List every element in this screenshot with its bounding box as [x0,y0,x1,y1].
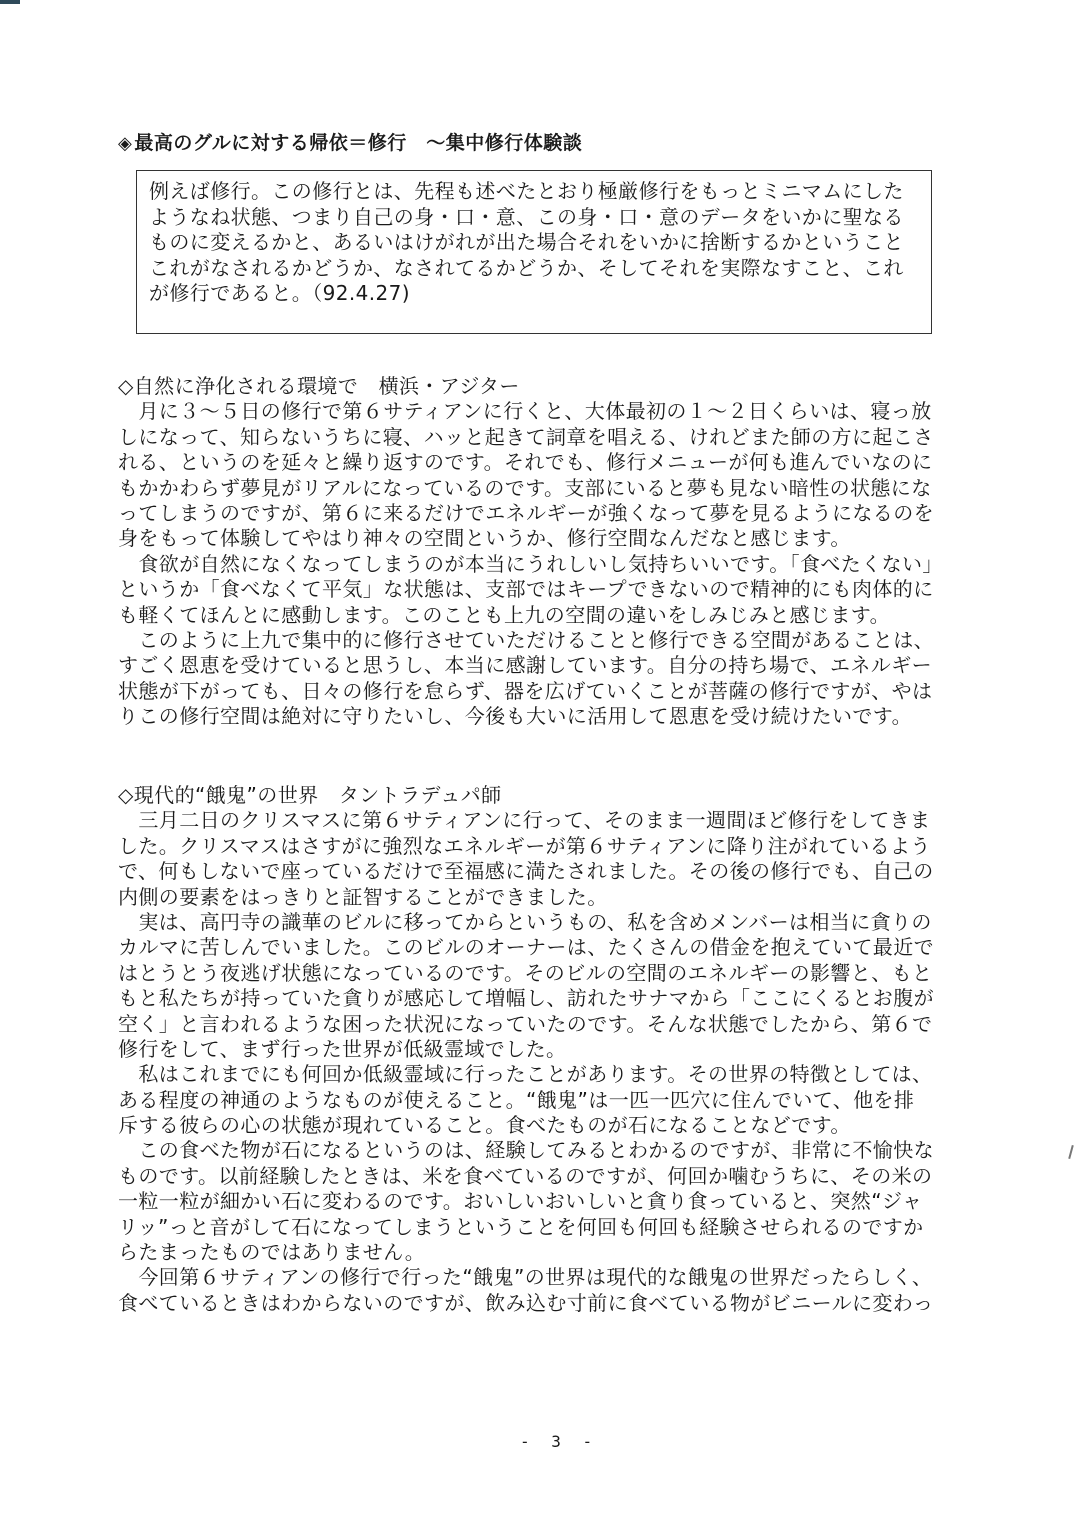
text-line: ってしまうのですが、第６に来るだけでエネルギーが強くなって夢を見るようになるのを [118,501,943,526]
text-line: 私はこれまでにも何回か低級霊域に行ったことがあります。その世界の特徴としては、 [118,1062,934,1087]
quote-line: 例えば修行。この修行とは、先程も述べたとおり極厳修行をもっとミニマムにした [149,179,921,205]
text-line: れる、というのを延々と繰り返すのです。それでも、修行メニューが何も進んでいなのに [118,450,943,475]
quote-line: ものに変えるかと、あるいはけがれが出た場合それをいかに捨断するかということ [149,230,921,256]
text-line: した。クリスマスはさすがに強烈なエネルギーが第６サティアンに降り注がれているよう [118,834,934,859]
text-line: もと私たちが持っていた貪りが感応して増幅し、訪れたサナマから「ここにくるとお腹が [118,986,934,1011]
text-line: ある程度の神通のようなものが使えること。“餓鬼”は一匹一匹穴に住んでいて、他を排 [118,1088,934,1113]
section-yokohama: ◇自然に浄化される環境で 横浜・アジター 月に３～５日の修行で第６サティアンに行… [118,374,943,729]
text-line: 月に３～５日の修行で第６サティアンに行くと、大体最初の１～２日くらいは、寝っ放 [118,399,943,424]
text-line: しになって、知らないうちに寝、ハッと起きて詞章を唱える、けれどまた師の方に起こさ [118,425,943,450]
page-number: - 3 - [520,1432,598,1451]
text-line: 今回第６サティアンの修行で行った“餓鬼”の世界は現代的な餓鬼の世界だったらしく、 [118,1265,934,1290]
text-line: ものです。以前経験したときは、米を食べているのですが、何回か噛むうちに、その米の [118,1164,934,1189]
scan-mark [1068,1145,1074,1159]
text-line: 修行をして、まず行った世界が低級霊域でした。 [118,1037,934,1062]
quote-line: ようなね状態、つまり自己の身・口・意、この身・口・意のデータをいかに聖なる [149,205,921,231]
text-line: りこの修行空間は絶対に守りたいし、今後も大いに活用して恩恵を受け続けたいです。 [118,704,943,729]
text-line: はとうとう夜逃げ状態になっているのです。そのビルの空間のエネルギーの影響と、もと [118,961,934,986]
text-line: 三月二日のクリスマスに第６サティアンに行って、そのまま一週間ほど修行をしてきま [118,808,934,833]
text-line: リッ”っと音がして石になってしまうということを何回も何回も経験させられるのですか [118,1215,934,1240]
text-line: 空く」と言われるような困った状況になっていたのです。そんな状態でしたから、第６で [118,1012,934,1037]
text-line: カルマに苦しんでいました。このビルのオーナーは、たくさんの借金を抱えていて最近で [118,935,934,960]
scan-corner-mark [0,0,20,4]
text-line: 食べているときはわからないのですが、飲み込む寸前に食べている物がビニールに変わっ [118,1291,934,1316]
text-line: 実は、高円寺の識華のビルに移ってからというもの、私を含めメンバーは相当に貪りの [118,910,934,935]
text-line: で、何もしないで座っているだけで至福感に満たされました。その後の修行でも、自己の [118,859,934,884]
section-heading: ◇自然に浄化される環境で 横浜・アジター [118,374,943,399]
page-title: ◈最高のグルに対する帰依＝修行 ～集中修行体験談 [118,128,582,155]
text-line: 斥する彼らの心の状態が現れていること。食べたものが石になることなどです。 [118,1113,934,1138]
diamond-ornament-icon: ◈ [118,133,132,154]
quote-box: 例えば修行。この修行とは、先程も述べたとおり極厳修行をもっとミニマムにした よう… [136,170,932,334]
text-line: 一粒一粒が細かい石に変わるのです。おいしいおいしいと貪り食っていると、突然“ジャ [118,1189,934,1214]
text-line: というか「食べなくて平気」な状態は、支部ではキープできないので精神的にも肉体的に [118,577,943,602]
section-gaki: ◇現代的“餓鬼”の世界 タントラデュパ師 三月二日のクリスマスに第６サティアンに… [118,783,934,1316]
section-heading: ◇現代的“餓鬼”の世界 タントラデュパ師 [118,783,934,808]
text-line: 食欲が自然になくなってしまうのが本当にうれしいし気持ちいいです。「食べたくない」 [118,552,943,577]
quote-line: これがなされるかどうか、なされてるかどうか、そしてそれを実際なすこと、これ [149,256,921,282]
text-line: 内側の要素をはっきりと証智することができました。 [118,885,934,910]
text-line: もかかわらず夢見がリアルになっているのです。支部にいると夢も見ない暗性の状態にな [118,476,943,501]
quote-line: が修行であると。（92.4.27) [149,281,921,307]
text-line: すごく恩恵を受けていると思うし、本当に感謝しています。自分の持ち場で、エネルギー [118,653,943,678]
text-line: 状態が下がっても、日々の修行を怠らず、器を広げていくことが菩薩の修行ですが、やは [118,679,943,704]
text-line: 身をもって体験してやはり神々の空間というか、修行空間なんだなと感じます。 [118,526,943,551]
text-line: この食べた物が石になるというのは、経験してみるとわかるのですが、非常に不愉快な [118,1138,934,1163]
title-text: 最高のグルに対する帰依＝修行 ～集中修行体験談 [134,132,582,154]
text-line: も軽くてほんとに感動します。このことも上九の空間の違いをしみじみと感じます。 [118,603,943,628]
text-line: らたまったものではありません。 [118,1240,934,1265]
text-line: このように上九で集中的に修行させていただけることと修行できる空間があることは、 [118,628,943,653]
